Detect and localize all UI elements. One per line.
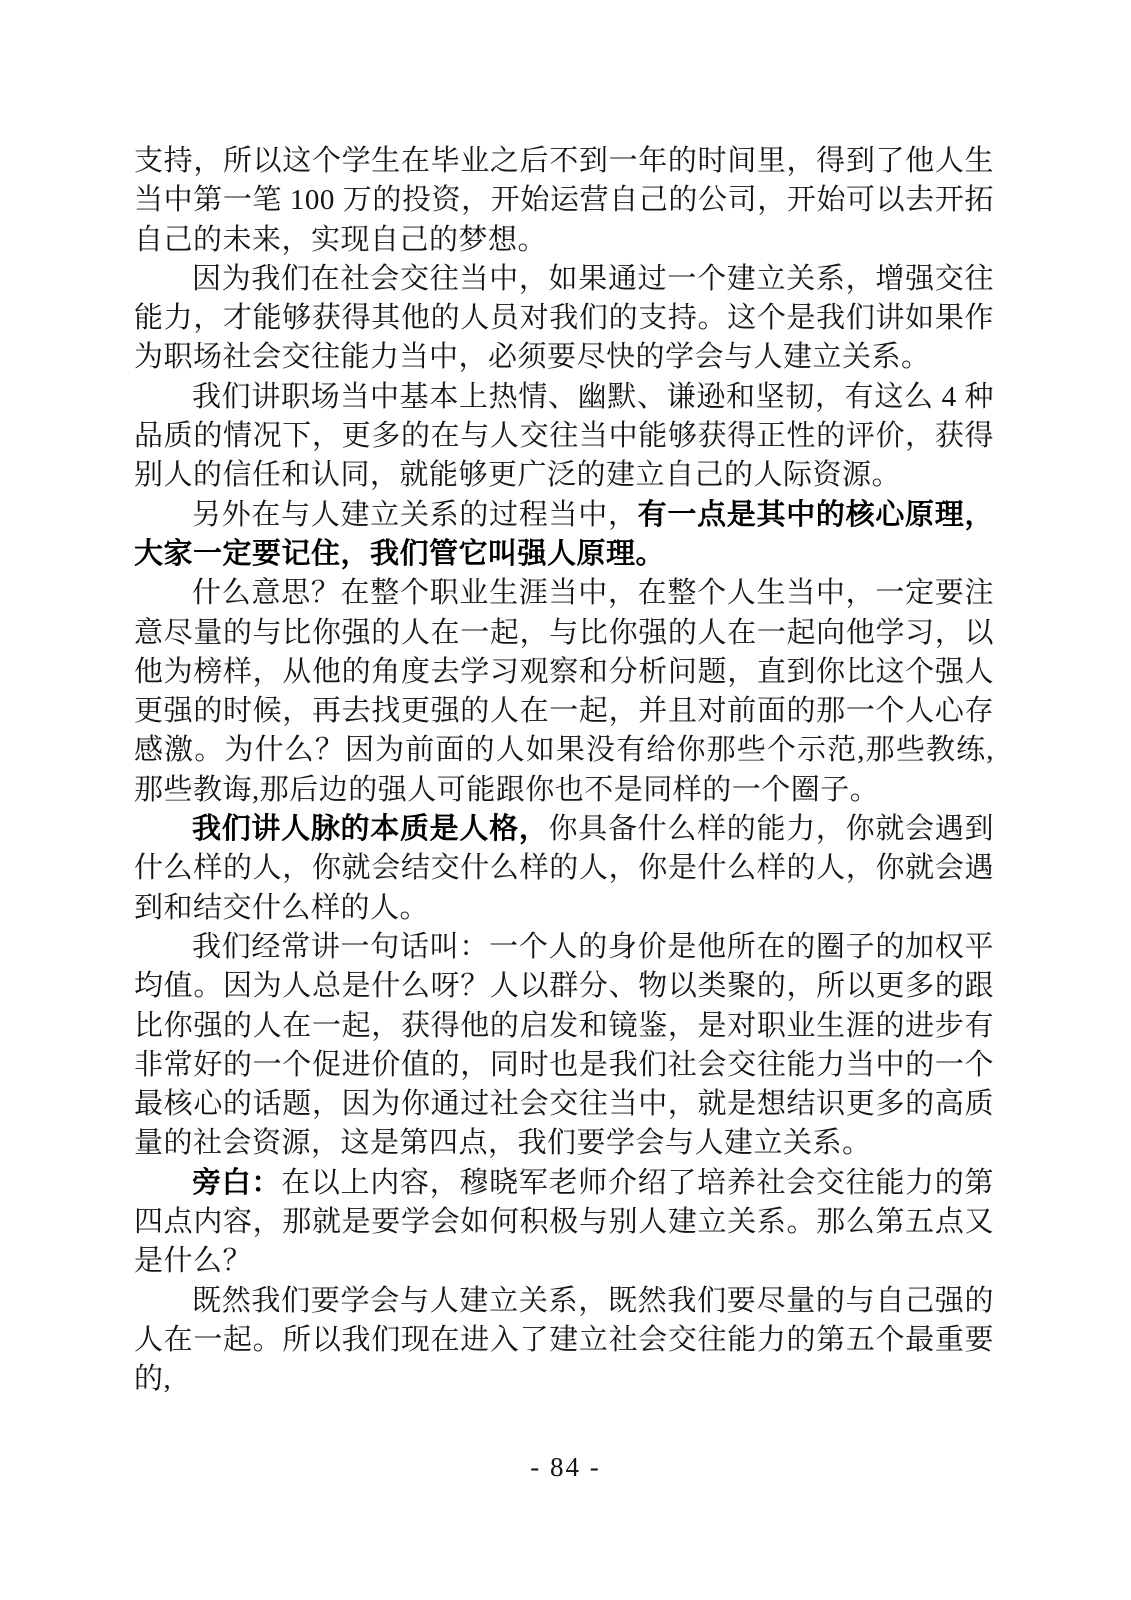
paragraph-9: 既然我们要学会与人建立关系，既然我们要尽量的与自己强的人在一起。所以我们现在进入… [134,1282,994,1400]
paragraph-5: 什么意思？在整个职业生涯当中，在整个人生当中，一定要注意尽量的与比你强的人在一起… [134,574,994,810]
text-run: 既然我们要学会与人建立关系，既然我们要尽量的与自己强的人在一起。所以我们现在进入… [134,1285,994,1396]
paragraph-1: 支持，所以这个学生在毕业之后不到一年的时间里，得到了他人生当中第一笔 100 万… [134,142,994,260]
paragraph-6: 我们讲人脉的本质是人格，你具备什么样的能力，你就会遇到什么样的人，你就会结交什么… [134,810,994,928]
paragraph-3: 我们讲职场当中基本上热情、幽默、谦逊和坚韧，有这么 4 种品质的情况下，更多的在… [134,378,994,496]
document-page: 支持，所以这个学生在毕业之后不到一年的时间里，得到了他人生当中第一笔 100 万… [0,0,1131,1600]
text-run: 什么意思？在整个职业生涯当中，在整个人生当中，一定要注意尽量的与比你强的人在一起… [134,577,994,805]
page-number: - 84 - [0,1452,1131,1483]
text-run: 我们经常讲一句话叫：一个人的身价是他所在的圈子的加权平均值。因为人总是什么呀？人… [134,931,994,1159]
page-body-text: 支持，所以这个学生在毕业之后不到一年的时间里，得到了他人生当中第一笔 100 万… [134,142,994,1400]
text-run: 我们讲职场当中基本上热情、幽默、谦逊和坚韧，有这么 4 种品质的情况下，更多的在… [134,381,994,492]
paragraph-8: 旁白：在以上内容，穆晓军老师介绍了培养社会交往能力的第四点内容，那就是要学会如何… [134,1164,994,1282]
text-run: 另外在与人建立关系的过程当中， [192,499,638,531]
text-run-bold: 我们讲人脉的本质是人格， [192,813,549,845]
text-run: 因为我们在社会交往当中，如果通过一个建立关系，增强交往能力，才能够获得其他的人员… [134,263,994,374]
paragraph-2: 因为我们在社会交往当中，如果通过一个建立关系，增强交往能力，才能够获得其他的人员… [134,260,994,378]
text-run: 支持，所以这个学生在毕业之后不到一年的时间里，得到了他人生当中第一笔 100 万… [134,145,994,256]
paragraph-4: 另外在与人建立关系的过程当中，有一点是其中的核心原理，大家一定要记住，我们管它叫… [134,496,994,575]
narrator-label: 旁白： [192,1167,281,1199]
paragraph-7: 我们经常讲一句话叫：一个人的身价是他所在的圈子的加权平均值。因为人总是什么呀？人… [134,928,994,1164]
